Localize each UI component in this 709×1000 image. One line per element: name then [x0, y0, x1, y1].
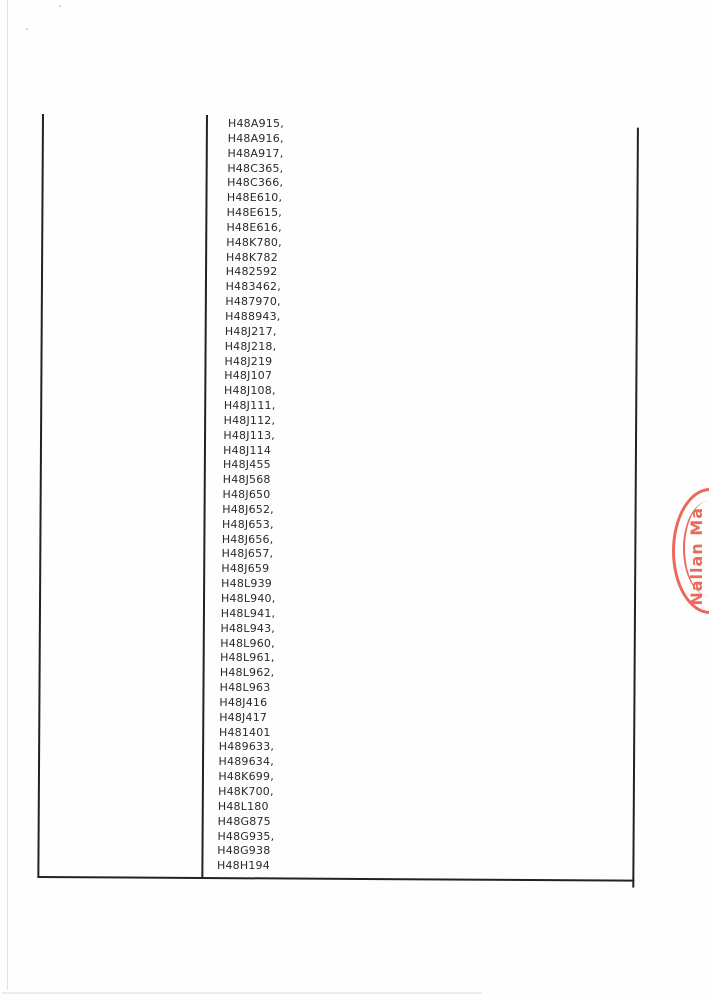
code-item: H48J659: [221, 562, 341, 577]
code-item: H483462,: [226, 280, 346, 295]
table-border-bottom: [37, 876, 634, 881]
code-item: H48J108,: [224, 384, 344, 399]
code-item: H48K782: [226, 251, 346, 266]
code-item: H489633,: [219, 740, 339, 755]
code-item: H489634,: [219, 755, 339, 770]
code-item: H48G935,: [217, 830, 337, 845]
code-item: H48G875: [218, 815, 338, 830]
code-item: H48L939: [221, 577, 341, 592]
code-item: H48A915,: [228, 117, 348, 132]
code-item: H48K780,: [226, 236, 346, 251]
code-item: H48L940,: [221, 592, 341, 607]
table-border-left: [37, 114, 43, 876]
official-stamp: Nallan Ma: [672, 488, 709, 614]
code-item: H488943,: [225, 310, 345, 325]
code-item: H487970,: [225, 295, 345, 310]
scan-edge-bottom: [2, 992, 482, 994]
code-item: H481401: [219, 726, 339, 741]
code-item: H48H194: [217, 859, 337, 874]
code-item: H48J656,: [222, 533, 342, 548]
code-item: H482592: [226, 265, 346, 280]
code-item: H48J568: [223, 473, 343, 488]
code-item: H48J217,: [225, 325, 345, 340]
code-item: H48L963: [220, 681, 340, 696]
table-column-divider: [201, 115, 207, 877]
code-item: H48J219: [224, 355, 344, 370]
code-item: H48L943,: [221, 622, 341, 637]
code-item: H48J114: [223, 444, 343, 459]
code-item: H48L941,: [221, 607, 341, 622]
scan-speck: [59, 5, 61, 7]
code-item: H48E610,: [227, 191, 347, 206]
code-item: H48E616,: [226, 221, 346, 236]
code-item: H48J112,: [224, 414, 344, 429]
code-item: H48J111,: [224, 399, 344, 414]
code-item: H48C365,: [227, 162, 347, 177]
scan-speck: [26, 28, 28, 30]
code-item: H48K699,: [218, 770, 338, 785]
code-item: H48J455: [223, 458, 343, 473]
table-border-right: [632, 128, 638, 888]
code-item: H48L180: [218, 800, 338, 815]
code-item: H48J653,: [222, 518, 342, 533]
code-item: H48A917,: [228, 147, 348, 162]
code-item: H48L961,: [220, 651, 340, 666]
code-item: H48J417: [219, 711, 339, 726]
code-item: H48G938: [217, 844, 337, 859]
code-item: H48J650: [223, 488, 343, 503]
code-item: H48K700,: [218, 785, 338, 800]
table-left-cell: [46, 118, 196, 119]
codes-list: H48A915,H48A916,H48A917,H48C365,H48C366,…: [216, 117, 336, 874]
code-item: H48J113,: [223, 429, 343, 444]
code-item: H48J657,: [222, 547, 342, 562]
code-item: H48L960,: [220, 637, 340, 652]
code-item: H48J218,: [225, 340, 345, 355]
stamp-text: Nallan Ma: [687, 507, 706, 606]
code-item: H48L962,: [220, 666, 340, 681]
scan-edge-left: [7, 0, 8, 990]
code-item: H48J652,: [222, 503, 342, 518]
code-item: H48E615,: [227, 206, 347, 221]
code-item: H48C366,: [227, 176, 347, 191]
code-item: H48A916,: [228, 132, 348, 147]
code-item: H48J416: [219, 696, 339, 711]
code-item: H48J107: [224, 369, 344, 384]
